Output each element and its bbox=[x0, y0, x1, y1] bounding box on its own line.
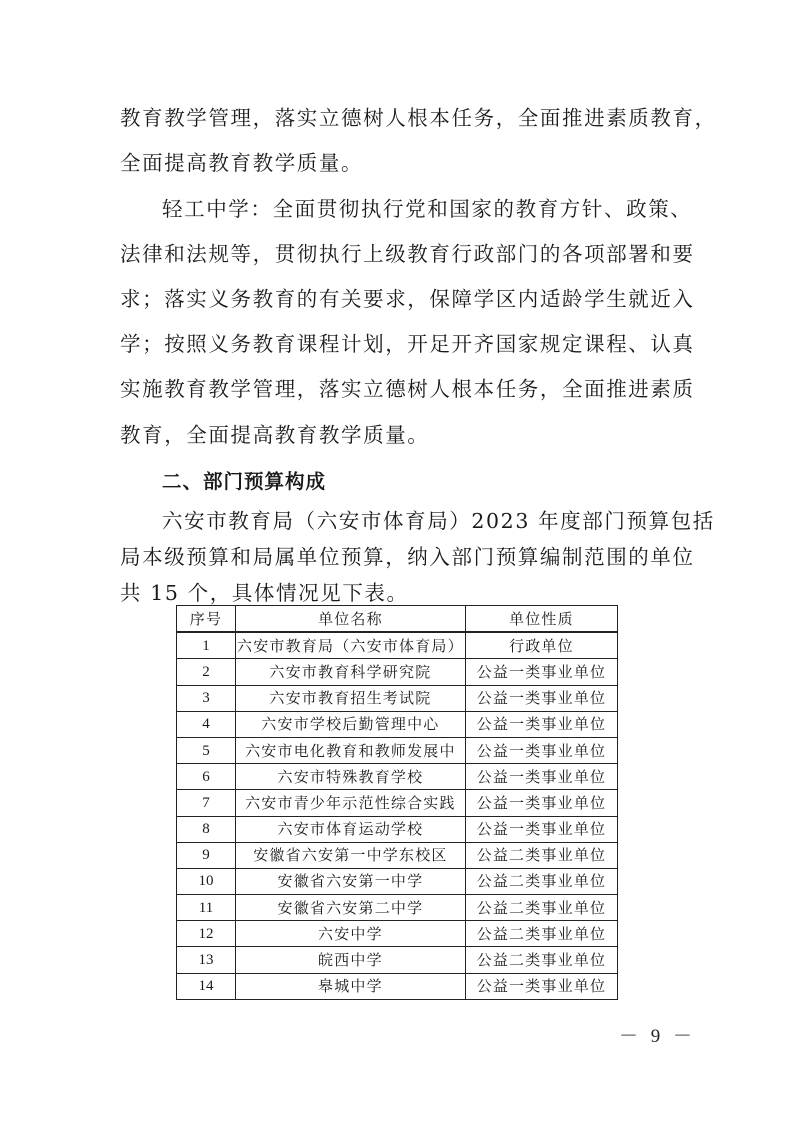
cell-no: 11 bbox=[177, 895, 236, 921]
cell-no: 3 bbox=[177, 685, 236, 711]
cell-name: 六安市教育局（六安市体育局） bbox=[235, 632, 465, 659]
cell-type: 公益一类事业单位 bbox=[465, 764, 617, 790]
paragraph-1-line-1: 教育教学管理，落实立德树人根本任务，全面推进素质教育， bbox=[120, 103, 680, 133]
cell-type: 公益二类事业单位 bbox=[465, 921, 617, 947]
cell-no: 6 bbox=[177, 764, 236, 790]
table-row: 13 皖西中学 公益二类事业单位 bbox=[177, 947, 618, 973]
cell-type: 公益一类事业单位 bbox=[465, 973, 617, 999]
paragraph-2-line-1: 轻工中学：全面贯彻执行党和国家的教育方针、政策、 bbox=[162, 194, 680, 224]
cell-type: 公益二类事业单位 bbox=[465, 947, 617, 973]
table-row: 12 六安中学 公益二类事业单位 bbox=[177, 921, 618, 947]
paragraph-2-line-6: 教育，全面提高教育教学质量。 bbox=[120, 420, 680, 450]
cell-type: 行政单位 bbox=[465, 632, 617, 659]
cell-name: 六安市特殊教育学校 bbox=[235, 764, 465, 790]
cell-no: 14 bbox=[177, 973, 236, 999]
cell-name: 六安市教育招生考试院 bbox=[235, 685, 465, 711]
paragraph-1-line-2: 全面提高教育教学质量。 bbox=[120, 148, 680, 178]
paragraph-3-line-2: 局本级预算和局属单位预算，纳入部门预算编制范围的单位 bbox=[120, 542, 680, 572]
paragraph-2-line-2: 法律和法规等，贯彻执行上级教育行政部门的各项部署和要 bbox=[120, 239, 680, 269]
cell-no: 10 bbox=[177, 868, 236, 894]
cell-type: 公益二类事业单位 bbox=[465, 868, 617, 894]
table-row: 5 六安市电化教育和教师发展中 公益一类事业单位 bbox=[177, 737, 618, 763]
paragraph-3-line-1: 六安市教育局（六安市体育局）2023 年度部门预算包括 bbox=[162, 506, 680, 536]
cell-type: 公益二类事业单位 bbox=[465, 842, 617, 868]
cell-type: 公益一类事业单位 bbox=[465, 737, 617, 763]
cell-name: 皖西中学 bbox=[235, 947, 465, 973]
cell-type: 公益一类事业单位 bbox=[465, 685, 617, 711]
paragraph-3-line-3: 共 15 个，具体情况见下表。 bbox=[120, 578, 680, 608]
table-row: 8 六安市体育运动学校 公益一类事业单位 bbox=[177, 816, 618, 842]
cell-name: 六安市学校后勤管理中心 bbox=[235, 711, 465, 737]
cell-name: 六安市电化教育和教师发展中 bbox=[235, 737, 465, 763]
paragraph-2-line-5: 实施教育教学管理，落实立德树人根本任务，全面推进素质 bbox=[120, 374, 680, 404]
page-number: － 9 － bbox=[619, 1021, 696, 1048]
paragraph-2-line-4: 学；按照义务教育课程计划，开足开齐国家规定课程、认真 bbox=[120, 329, 680, 359]
cell-type: 公益一类事业单位 bbox=[465, 659, 617, 685]
document-page: 教育教学管理，落实立德树人根本任务，全面推进素质教育， 全面提高教育教学质量。 … bbox=[0, 0, 793, 1122]
header-name: 单位名称 bbox=[235, 606, 465, 633]
cell-no: 4 bbox=[177, 711, 236, 737]
budget-units-table: 序号 单位名称 单位性质 1 六安市教育局（六安市体育局） 行政单位 2 六安市… bbox=[176, 605, 618, 1000]
table-row: 11 安徽省六安第二中学 公益二类事业单位 bbox=[177, 895, 618, 921]
header-type: 单位性质 bbox=[465, 606, 617, 633]
cell-type: 公益一类事业单位 bbox=[465, 816, 617, 842]
table-row: 7 六安市青少年示范性综合实践 公益一类事业单位 bbox=[177, 790, 618, 816]
cell-name: 皋城中学 bbox=[235, 973, 465, 999]
cell-name: 六安市体育运动学校 bbox=[235, 816, 465, 842]
cell-no: 12 bbox=[177, 921, 236, 947]
table-row: 10 安徽省六安第一中学 公益二类事业单位 bbox=[177, 868, 618, 894]
cell-no: 9 bbox=[177, 842, 236, 868]
cell-no: 1 bbox=[177, 632, 236, 659]
cell-no: 8 bbox=[177, 816, 236, 842]
cell-no: 7 bbox=[177, 790, 236, 816]
cell-no: 2 bbox=[177, 659, 236, 685]
cell-type: 公益一类事业单位 bbox=[465, 711, 617, 737]
section-heading: 二、部门预算构成 bbox=[162, 467, 326, 497]
table-row: 3 六安市教育招生考试院 公益一类事业单位 bbox=[177, 685, 618, 711]
header-no: 序号 bbox=[177, 606, 236, 633]
table-row: 6 六安市特殊教育学校 公益一类事业单位 bbox=[177, 764, 618, 790]
cell-type: 公益二类事业单位 bbox=[465, 895, 617, 921]
table-header-row: 序号 单位名称 单位性质 bbox=[177, 606, 618, 633]
table-row: 14 皋城中学 公益一类事业单位 bbox=[177, 973, 618, 999]
table-row: 4 六安市学校后勤管理中心 公益一类事业单位 bbox=[177, 711, 618, 737]
cell-name: 安徽省六安第二中学 bbox=[235, 895, 465, 921]
cell-name: 六安中学 bbox=[235, 921, 465, 947]
cell-name: 六安市青少年示范性综合实践 bbox=[235, 790, 465, 816]
cell-name: 六安市教育科学研究院 bbox=[235, 659, 465, 685]
table-row: 9 安徽省六安第一中学东校区 公益二类事业单位 bbox=[177, 842, 618, 868]
cell-name: 安徽省六安第一中学 bbox=[235, 868, 465, 894]
paragraph-2-line-3: 求；落实义务教育的有关要求，保障学区内适龄学生就近入 bbox=[120, 284, 680, 314]
table-row: 1 六安市教育局（六安市体育局） 行政单位 bbox=[177, 632, 618, 659]
cell-type: 公益一类事业单位 bbox=[465, 790, 617, 816]
table-row: 2 六安市教育科学研究院 公益一类事业单位 bbox=[177, 659, 618, 685]
cell-name: 安徽省六安第一中学东校区 bbox=[235, 842, 465, 868]
cell-no: 13 bbox=[177, 947, 236, 973]
cell-no: 5 bbox=[177, 737, 236, 763]
